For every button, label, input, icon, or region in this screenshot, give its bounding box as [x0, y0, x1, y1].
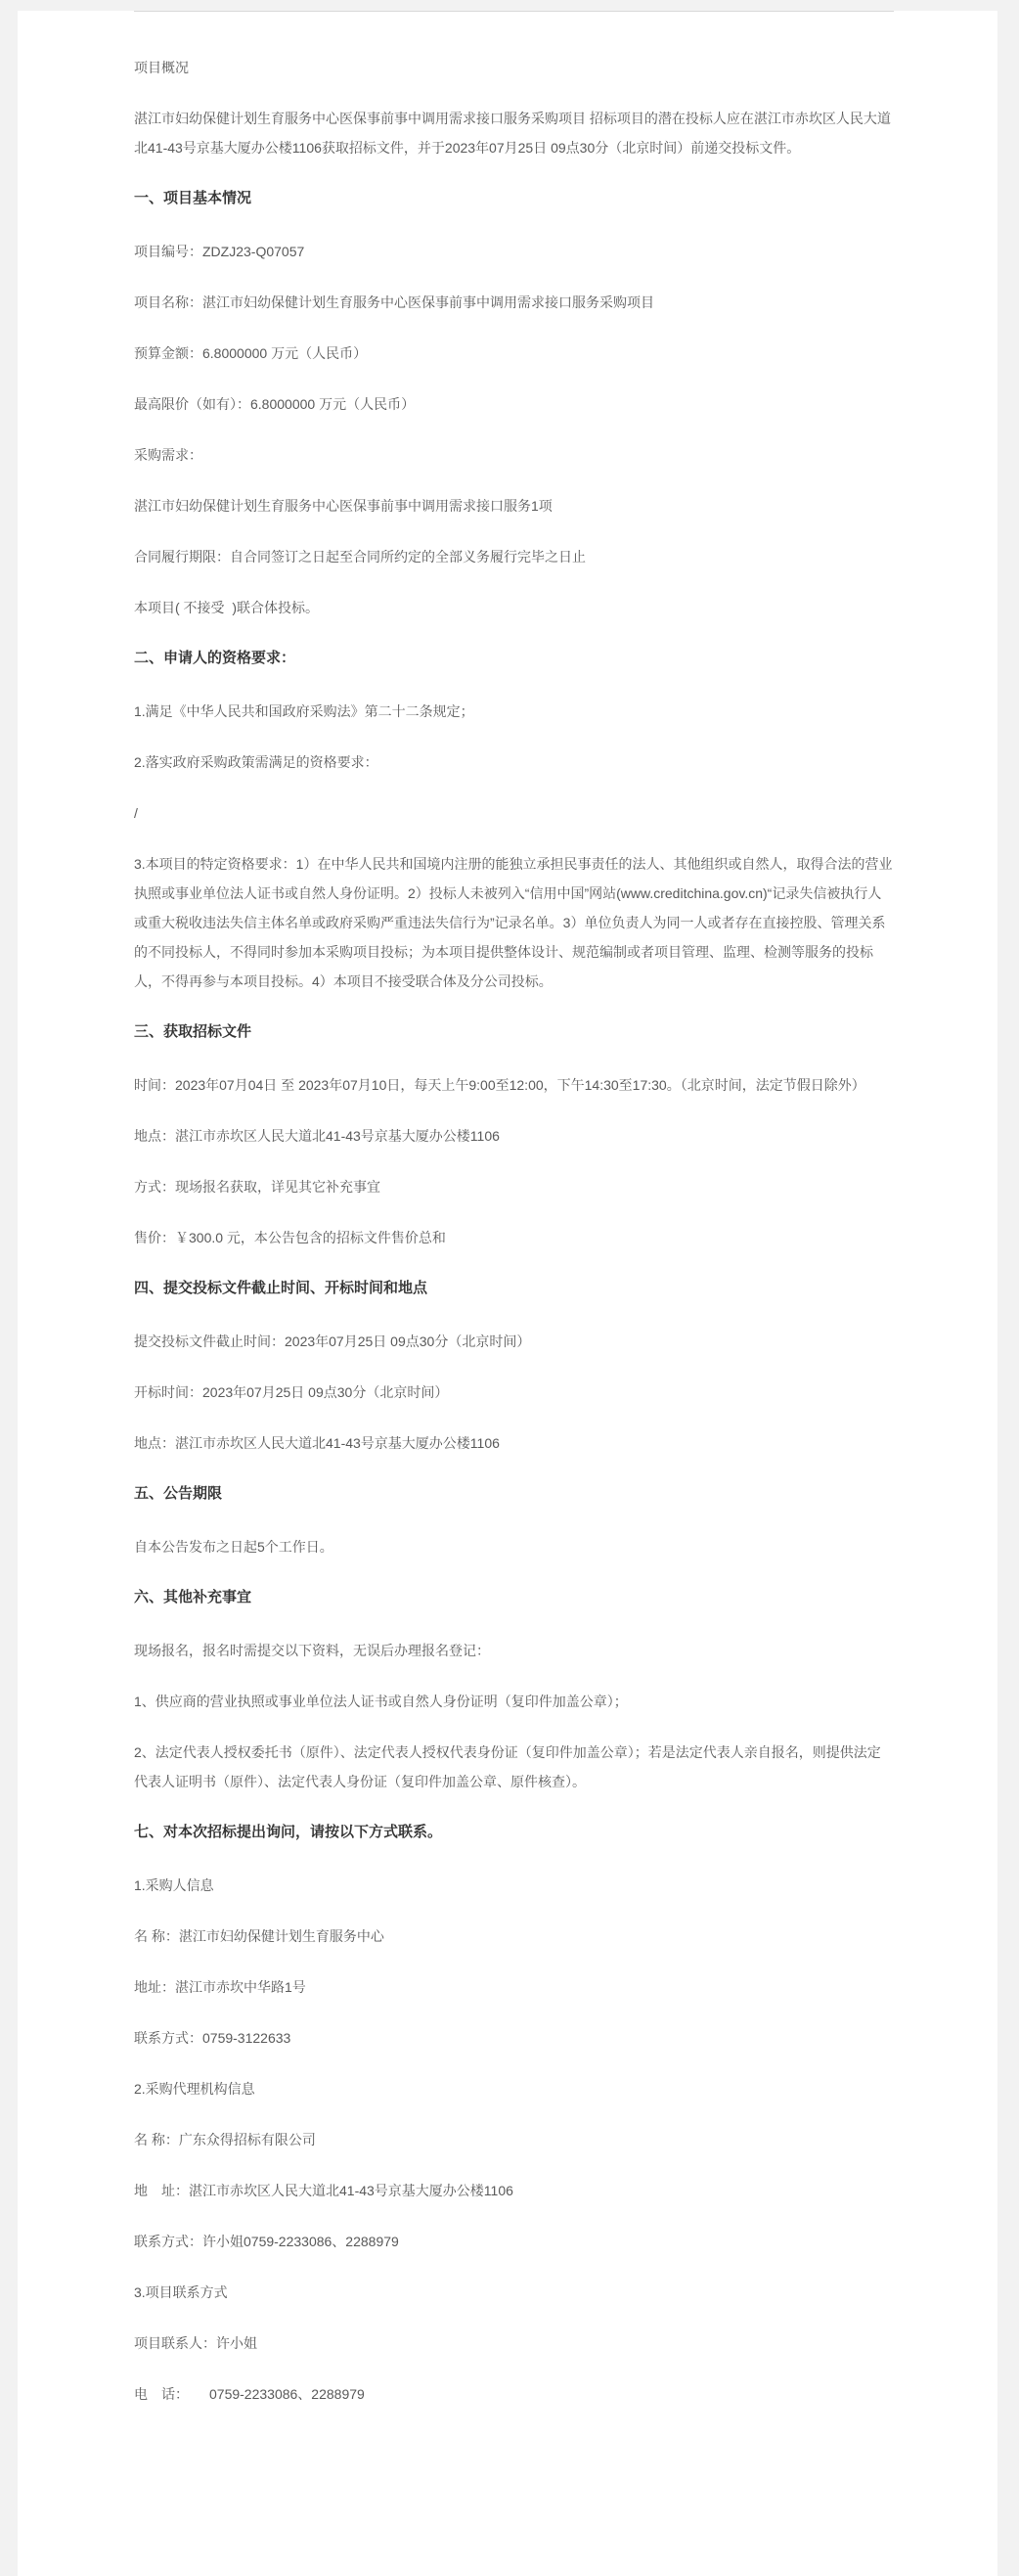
section-heading-announcement-period: 五、公告期限 — [134, 1479, 894, 1509]
agency-address: 地 址：湛江市赤坎区人民大道北41-43号京基大厦办公楼1106 — [134, 2176, 894, 2205]
budget-amount: 预算金额：6.8000000 万元（人民币） — [134, 339, 894, 368]
obtain-method: 方式：现场报名获取，详见其它补充事宜 — [134, 1172, 894, 1201]
purchaser-address: 地址：湛江市赤坎中华路1号 — [134, 1972, 894, 2002]
purchaser-info-label: 1.采购人信息 — [134, 1871, 894, 1900]
agency-info-label: 2.采购代理机构信息 — [134, 2074, 894, 2103]
page: 项目概况 湛江市妇幼保健计划生育服务中心医保事前事中调用需求接口服务采购项目 招… — [0, 11, 1019, 2576]
section-heading-qualification: 二、申请人的资格要求： — [134, 644, 894, 673]
project-contact-label: 3.项目联系方式 — [134, 2278, 894, 2307]
qualification-item-2-value: / — [134, 798, 894, 828]
procurement-demand-item: 湛江市妇幼保健计划生育服务中心医保事前事中调用需求接口服务1项 — [134, 491, 894, 520]
supplementary-item-2: 2、法定代表人授权委托书（原件）、法定代表人授权代表身份证（复印件加盖公章）；若… — [134, 1738, 894, 1796]
obtain-location: 地点：湛江市赤坎区人民大道北41-43号京基大厦办公楼1106 — [134, 1121, 894, 1151]
announcement-body: 项目概况 湛江市妇幼保健计划生育服务中心医保事前事中调用需求接口服务采购项目 招… — [134, 12, 894, 2409]
section-heading-submission: 四、提交投标文件截止时间、开标时间和地点 — [134, 1274, 894, 1303]
bid-opening-time: 开标时间：2023年07月25日 09点30分（北京时间） — [134, 1378, 894, 1407]
announcement-period: 自本公告发布之日起5个工作日。 — [134, 1532, 894, 1561]
bid-opening-location: 地点：湛江市赤坎区人民大道北41-43号京基大厦办公楼1106 — [134, 1428, 894, 1458]
project-contact-phone: 电 话： 0759-2233086、2288979 — [134, 2379, 894, 2409]
agency-name: 名 称：广东众得招标有限公司 — [134, 2125, 894, 2154]
qualification-item-1: 1.满足《中华人民共和国政府采购法》第二十二条规定； — [134, 697, 894, 726]
agency-contact: 联系方式：许小姐0759-2233086、2288979 — [134, 2227, 894, 2256]
announcement-card: 项目概况 湛江市妇幼保健计划生育服务中心医保事前事中调用需求接口服务采购项目 招… — [18, 11, 997, 2576]
consortium-bidding-note: 本项目( 不接受 )联合体投标。 — [134, 593, 894, 622]
section-heading-contact: 七、对本次招标提出询问，请按以下方式联系。 — [134, 1818, 894, 1847]
section-heading-basic-info: 一、项目基本情况 — [134, 184, 894, 213]
section-heading-obtain-documents: 三、获取招标文件 — [134, 1017, 894, 1047]
project-overview-label: 项目概况 — [134, 53, 894, 82]
project-name: 项目名称：湛江市妇幼保健计划生育服务中心医保事前事中调用需求接口服务采购项目 — [134, 288, 894, 317]
max-price-limit: 最高限价（如有）：6.8000000 万元（人民币） — [134, 389, 894, 419]
project-overview-paragraph: 湛江市妇幼保健计划生育服务中心医保事前事中调用需求接口服务采购项目 招标项目的潜… — [134, 104, 894, 162]
document-price: 售价：￥300.0 元，本公告包含的招标文件售价总和 — [134, 1223, 894, 1252]
supplementary-item-1: 1、供应商的营业执照或事业单位法人证书或自然人身份证明（复印件加盖公章）； — [134, 1687, 894, 1716]
section-heading-supplementary: 六、其他补充事宜 — [134, 1583, 894, 1612]
qualification-item-3: 3.本项目的特定资格要求：1）在中华人民共和国境内注册的能独立承担民事责任的法人… — [134, 849, 894, 996]
qualification-item-2: 2.落实政府采购政策需满足的资格要求： — [134, 747, 894, 777]
contract-period: 合同履行期限：自合同签订之日起至合同所约定的全部义务履行完毕之日止 — [134, 542, 894, 571]
submission-deadline: 提交投标文件截止时间：2023年07月25日 09点30分（北京时间） — [134, 1327, 894, 1356]
project-contact-person: 项目联系人：许小姐 — [134, 2328, 894, 2358]
procurement-demand-label: 采购需求： — [134, 440, 894, 470]
project-number: 项目编号：ZDZJ23-Q07057 — [134, 237, 894, 266]
purchaser-name: 名 称：湛江市妇幼保健计划生育服务中心 — [134, 1921, 894, 1951]
obtain-time: 时间：2023年07月04日 至 2023年07月10日，每天上午9:00至12… — [134, 1070, 894, 1100]
purchaser-contact: 联系方式：0759-3122633 — [134, 2023, 894, 2053]
supplementary-intro: 现场报名，报名时需提交以下资料，无误后办理报名登记： — [134, 1636, 894, 1665]
